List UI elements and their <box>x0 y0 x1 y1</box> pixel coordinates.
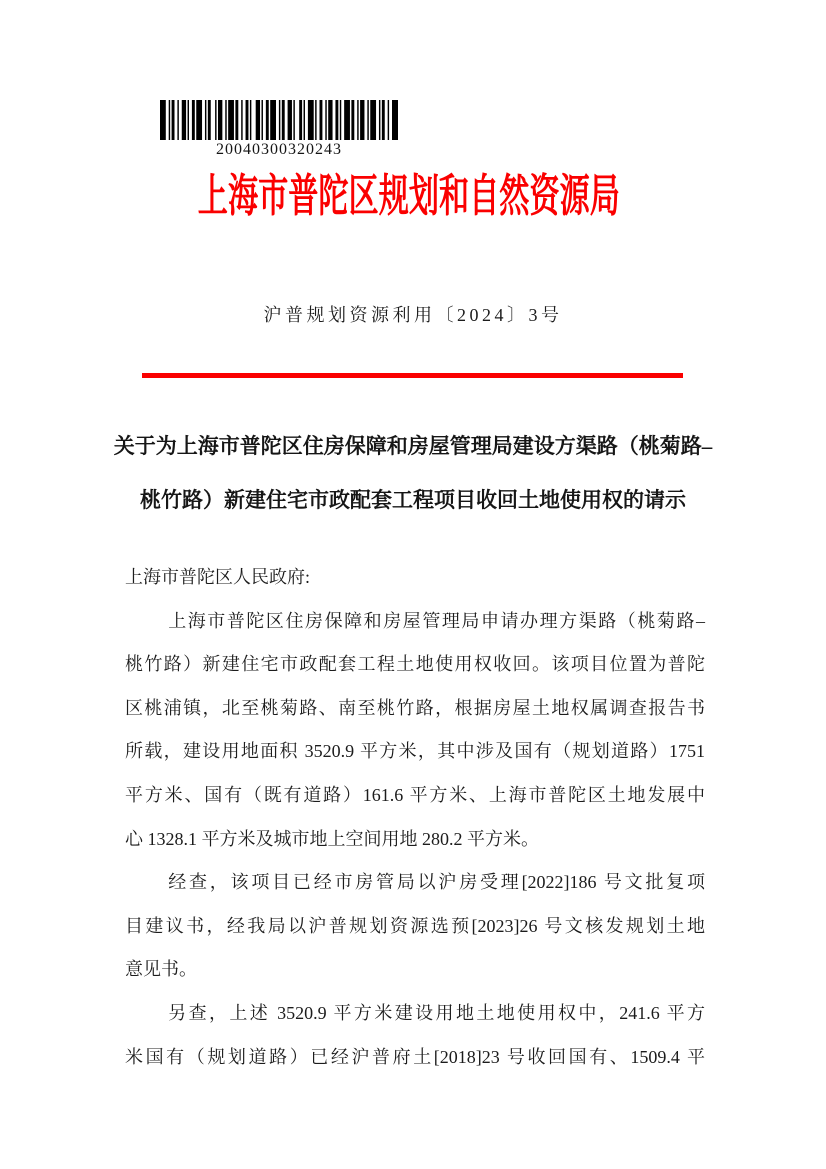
paragraph-1-line: 区桃浦镇，北至桃菊路、南至桃竹路，根据房屋土地权属调查报告书 <box>125 687 705 731</box>
paragraph-1-line: 所载，建设用地面积 3520.9 平方米，其中涉及国有（规划道路）1751 <box>125 730 705 774</box>
paragraph-1-line: 平方米、国有（既有道路）161.6 平方米、上海市普陀区土地发展中 <box>125 774 705 818</box>
agency-header-title: 上海市普陀区规划和自然资源局 <box>0 170 826 222</box>
paragraph-3-line: 另查，上述 3520.9 平方米建设用地土地使用权中，241.6 平方 <box>125 992 705 1036</box>
barcode-image <box>160 100 398 140</box>
document-number: 沪普规划资源利用〔2024〕3号 <box>0 301 826 329</box>
paragraph-1-line: 上海市普陀区住房保障和房屋管理局申请办理方渠路（桃菊路– <box>125 600 705 644</box>
agency-header-title-text: 上海市普陀区规划和自然资源局 <box>198 170 620 222</box>
barcode-number: 20040300320243 <box>160 141 398 159</box>
document-title: 关于为上海市普陀区住房保障和房屋管理局建设方渠路（桃菊路– 桃竹路）新建住宅市政… <box>113 419 713 527</box>
red-divider-line <box>142 373 683 378</box>
paragraph-1-line: 桃竹路）新建住宅市政配套工程土地使用权收回。该项目位置为普陀 <box>125 643 705 687</box>
paragraph-2-line: 经查，该项目已经市房管局以沪房受理[2022]186 号文批复项 <box>125 861 705 905</box>
document-title-line-1: 关于为上海市普陀区住房保障和房屋管理局建设方渠路（桃菊路– <box>113 419 713 473</box>
document-title-line-2: 桃竹路）新建住宅市政配套工程项目收回土地使用权的请示 <box>113 473 713 527</box>
paragraph-2-line: 目建议书，经我局以沪普规划资源选预[2023]26 号文核发规划土地 <box>125 905 705 949</box>
document-body: 上海市普陀区人民政府: 上海市普陀区住房保障和房屋管理局申请办理方渠路（桃菊路–… <box>125 556 705 1079</box>
paragraph-2-line: 意见书。 <box>125 948 705 992</box>
paragraph-3-line: 米国有（规划道路）已经沪普府土[2018]23 号收回国有、1509.4 平 <box>125 1036 705 1080</box>
salutation: 上海市普陀区人民政府: <box>125 556 705 600</box>
document-page: 20040300320243 上海市普陀区规划和自然资源局 沪普规划资源利用〔2… <box>0 0 826 1169</box>
barcode-bars <box>160 100 398 140</box>
paragraph-1-line: 心 1328.1 平方米及城市地上空间用地 280.2 平方米。 <box>125 818 705 862</box>
